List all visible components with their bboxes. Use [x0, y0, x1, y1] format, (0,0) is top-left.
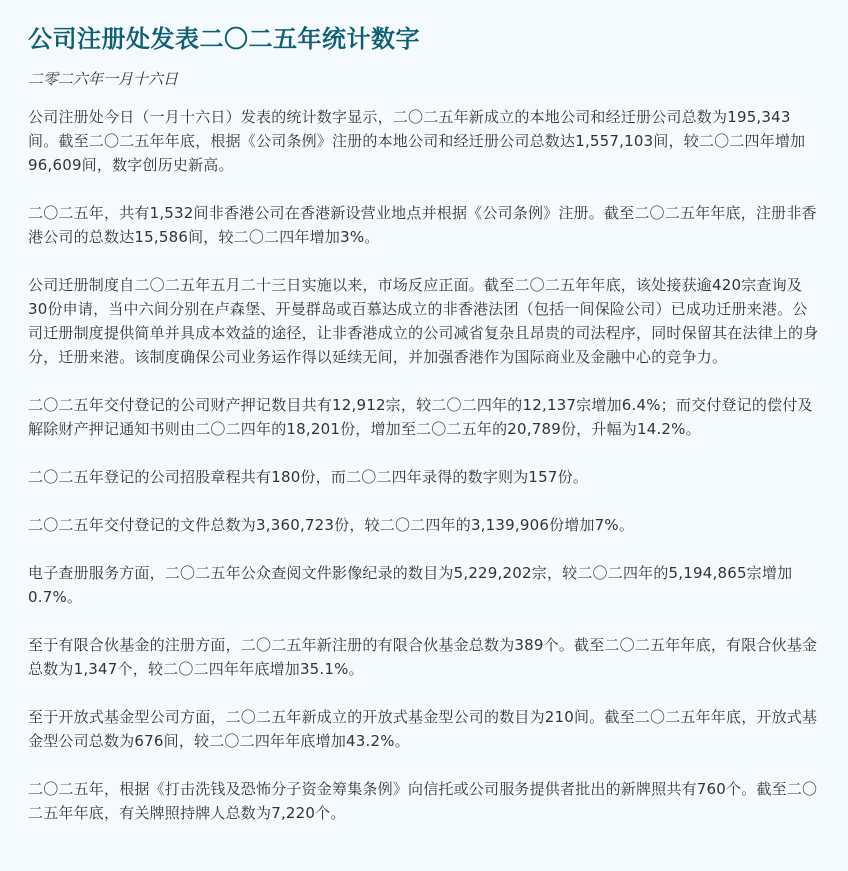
- paragraph-open-ended-fund-companies: 至于开放式基金型公司方面，二〇二五年新成立的开放式基金型公司的数目为210间。截…: [28, 705, 820, 753]
- paragraph-documents-registered: 二〇二五年交付登记的文件总数为3,360,723份，较二〇二四年的3,139,9…: [28, 513, 820, 537]
- paragraph-limited-partnership-funds: 至于有限合伙基金的注册方面，二〇二五年新注册的有限合伙基金总数为389个。截至二…: [28, 633, 820, 681]
- press-release: 公司注册处发表二〇二五年统计数字 二零二六年一月十六日 公司注册处今日（一月十六…: [0, 0, 848, 825]
- paragraph-local-companies: 公司注册处今日（一月十六日）发表的统计数字显示，二〇二五年新成立的本地公司和经迁…: [28, 105, 820, 177]
- paragraph-non-hk-companies: 二〇二五年，共有1,532间非香港公司在香港新设营业地点并根据《公司条例》注册。…: [28, 201, 820, 249]
- release-date: 二零二六年一月十六日: [28, 68, 820, 90]
- paragraph-charges: 二〇二五年交付登记的公司财产押记数目共有12,912宗，较二〇二四年的12,13…: [28, 393, 820, 441]
- page-title: 公司注册处发表二〇二五年统计数字: [28, 0, 820, 56]
- paragraph-e-search: 电子查册服务方面，二〇二五年公众查阅文件影像纪录的数目为5,229,202宗，较…: [28, 561, 820, 609]
- paragraph-prospectuses: 二〇二五年登记的公司招股章程共有180份，而二〇二四年录得的数字则为157份。: [28, 465, 820, 489]
- paragraph-tcsp-licences: 二〇二五年，根据《打击洗钱及恐怖分子资金筹集条例》向信托或公司服务提供者批出的新…: [28, 777, 820, 825]
- paragraph-re-domiciliation: 公司迁册制度自二〇二五年五月二十三日实施以来，市场反应正面。截至二〇二五年年底，…: [28, 273, 820, 369]
